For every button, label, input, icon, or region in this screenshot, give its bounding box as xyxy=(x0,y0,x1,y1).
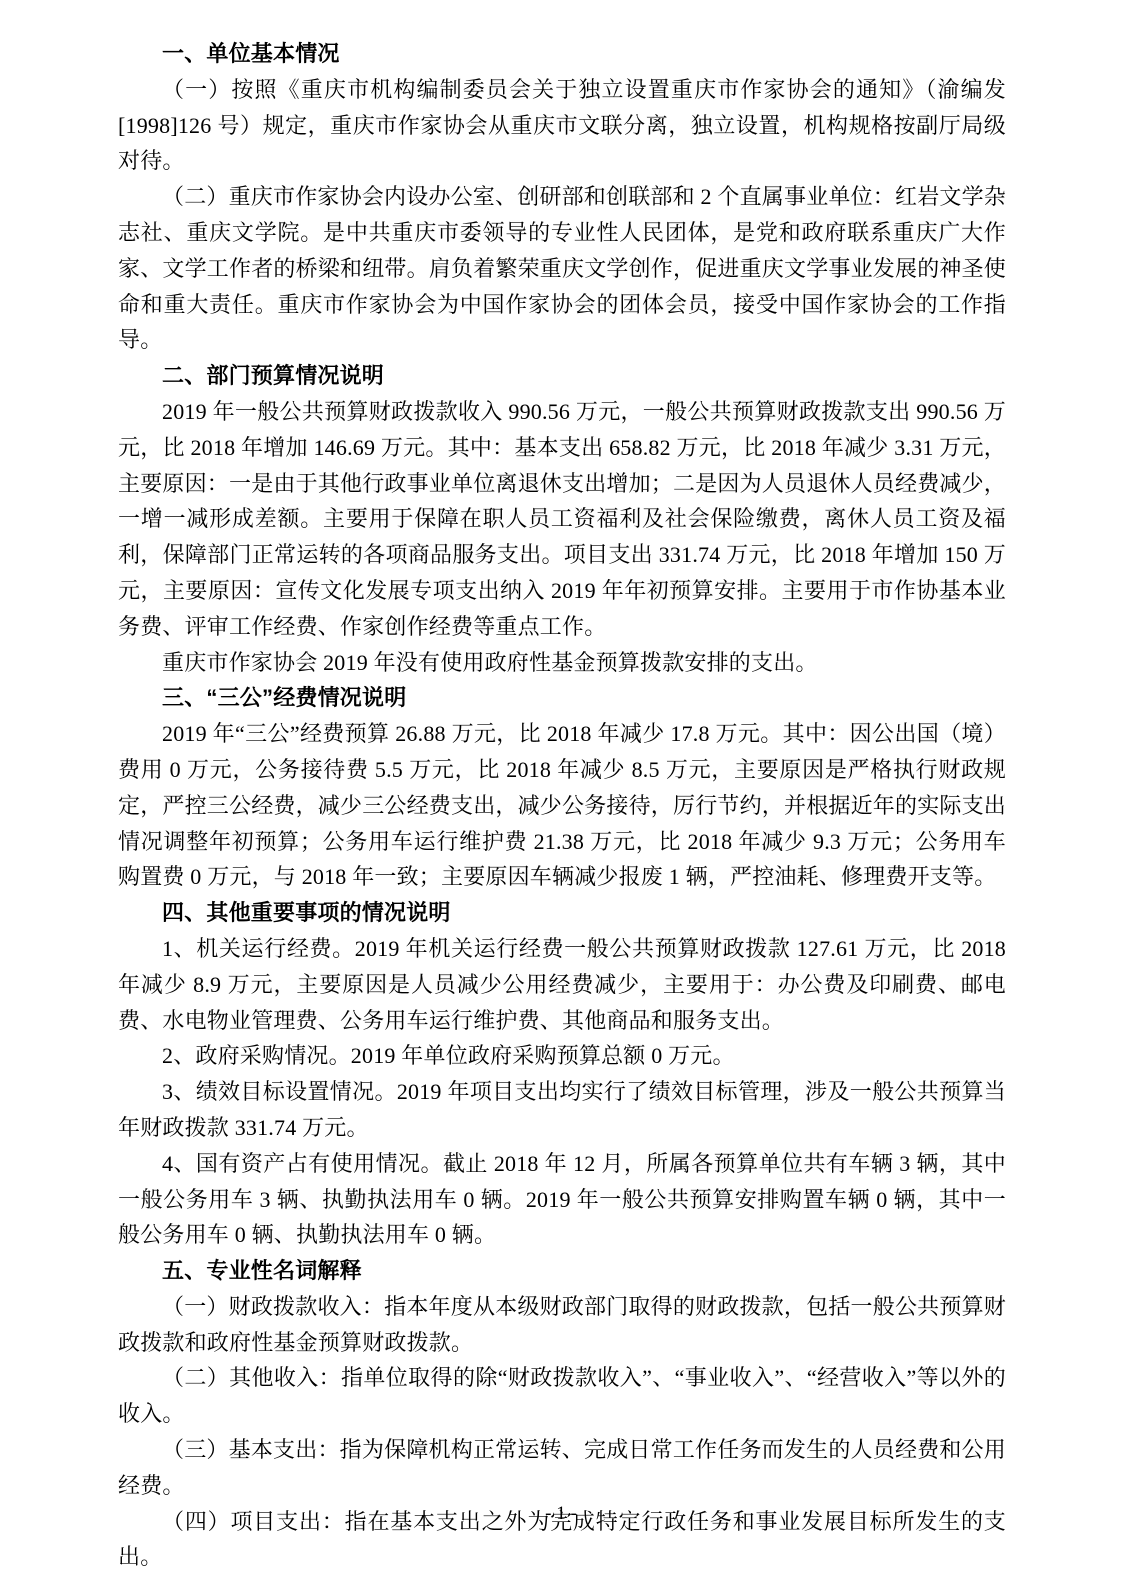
paragraph: 4、国有资产占有使用情况。截止 2018 年 12 月，所属各预算单位共有车辆 … xyxy=(118,1146,1006,1253)
section-budget-explanation: 二、部门预算情况说明 2019 年一般公共预算财政拨款收入 990.56 万元，… xyxy=(118,358,1006,680)
paragraph: （一）财政拨款收入：指本年度从本级财政部门取得的财政拨款，包括一般公共预算财政拨… xyxy=(118,1289,1006,1361)
document-page: 一、单位基本情况 （一）按照《重庆市机构编制委员会关于独立设置重庆市作家协会的通… xyxy=(0,0,1122,1587)
section-unit-basic-info: 一、单位基本情况 （一）按照《重庆市机构编制委员会关于独立设置重庆市作家协会的通… xyxy=(118,36,1006,358)
section-three-public-expenses: 三、“三公”经费情况说明 2019 年“三公”经费预算 26.88 万元，比 2… xyxy=(118,680,1006,895)
section-heading-5: 五、专业性名词解释 xyxy=(118,1253,1006,1289)
section-heading-4: 四、其他重要事项的情况说明 xyxy=(118,895,1006,931)
section-heading-2: 二、部门预算情况说明 xyxy=(118,358,1006,394)
paragraph: 1、机关运行经费。2019 年机关运行经费一般公共预算财政拨款 127.61 万… xyxy=(118,931,1006,1038)
paragraph: （一）按照《重庆市机构编制委员会关于独立设置重庆市作家协会的通知》（渝编发[19… xyxy=(118,72,1006,179)
document-body: 一、单位基本情况 （一）按照《重庆市机构编制委员会关于独立设置重庆市作家协会的通… xyxy=(118,36,1006,1575)
section-other-important-matters: 四、其他重要事项的情况说明 1、机关运行经费。2019 年机关运行经费一般公共预… xyxy=(118,895,1006,1253)
paragraph: （二）其他收入：指单位取得的除“财政拨款收入”、“事业收入”、“经营收入”等以外… xyxy=(118,1360,1006,1432)
section-heading-1: 一、单位基本情况 xyxy=(118,36,1006,72)
paragraph: （三）基本支出：指为保障机构正常运转、完成日常工作任务而发生的人员经费和公用经费… xyxy=(118,1432,1006,1504)
section-terminology: 五、专业性名词解释 （一）财政拨款收入：指本年度从本级财政部门取得的财政拨款，包… xyxy=(118,1253,1006,1575)
paragraph: 3、绩效目标设置情况。2019 年项目支出均实行了绩效目标管理，涉及一般公共预算… xyxy=(118,1074,1006,1146)
paragraph: 2、政府采购情况。2019 年单位政府采购预算总额 0 万元。 xyxy=(118,1038,1006,1074)
page-number: - 1 - xyxy=(0,1502,1122,1526)
paragraph: 重庆市作家协会 2019 年没有使用政府性基金预算拨款安排的支出。 xyxy=(118,645,1006,681)
paragraph: 2019 年“三公”经费预算 26.88 万元，比 2018 年减少 17.8 … xyxy=(118,716,1006,895)
section-heading-3: 三、“三公”经费情况说明 xyxy=(118,680,1006,716)
paragraph: （二）重庆市作家协会内设办公室、创研部和创联部和 2 个直属事业单位：红岩文学杂… xyxy=(118,179,1006,358)
paragraph: 2019 年一般公共预算财政拨款收入 990.56 万元，一般公共预算财政拨款支… xyxy=(118,394,1006,645)
